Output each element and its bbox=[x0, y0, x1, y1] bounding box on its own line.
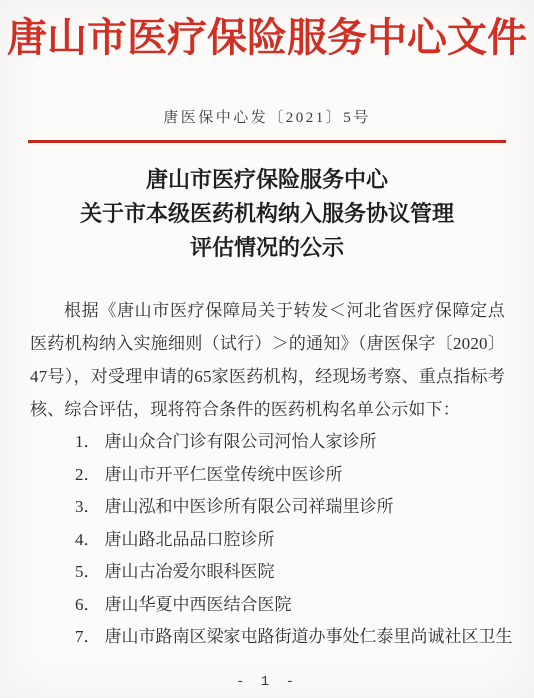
list-item-7-number: 7． bbox=[75, 627, 101, 646]
list-item-2-number: 2． bbox=[75, 465, 101, 484]
document-title-line-2: 关于市本级医药机构纳入服务协议管理 bbox=[20, 197, 514, 231]
list-item-4-name: 唐山路北品品口腔诊所 bbox=[105, 530, 275, 549]
document-header-title: 唐山市医疗保险服务中心文件 bbox=[0, 0, 534, 62]
list-item-3-name: 唐山泓和中医诊所有限公司祥瑞里诊所 bbox=[105, 497, 394, 516]
document-number: 唐医保中心发〔2021〕5号 bbox=[0, 108, 534, 129]
page-number: - 1 - bbox=[0, 674, 534, 690]
institution-list: 1．唐山众合门诊有限公司河怡人家诊所 2．唐山市开平仁医堂传统中医诊所 3．唐山… bbox=[0, 426, 534, 654]
list-item-7: 7．唐山市路南区梁家屯路街道办事处仁泰里尚诚社区卫生 bbox=[75, 621, 534, 654]
list-item-5: 5．唐山古冶爱尔眼科医院 bbox=[75, 556, 534, 589]
list-item-1-name: 唐山众合门诊有限公司河怡人家诊所 bbox=[105, 432, 377, 451]
list-item-6: 6．唐山华夏中西医结合医院 bbox=[75, 589, 534, 622]
list-item-1: 1．唐山众合门诊有限公司河怡人家诊所 bbox=[75, 426, 534, 459]
list-item-4-number: 4． bbox=[75, 530, 101, 549]
list-item-3: 3．唐山泓和中医诊所有限公司祥瑞里诊所 bbox=[75, 491, 534, 524]
red-divider-line bbox=[28, 140, 506, 143]
body-paragraph: 根据《唐山市医疗保障局关于转发＜河北省医疗保障定点医药机构纳入实施细则（试行）＞… bbox=[30, 294, 505, 426]
list-item-5-name: 唐山古冶爱尔眼科医院 bbox=[105, 562, 275, 581]
list-item-5-number: 5． bbox=[75, 562, 101, 581]
document-title-line-1: 唐山市医疗保险服务中心 bbox=[20, 163, 514, 197]
list-item-6-number: 6． bbox=[75, 595, 101, 614]
list-item-1-number: 1． bbox=[75, 432, 101, 451]
list-item-7-name: 唐山市路南区梁家屯路街道办事处仁泰里尚诚社区卫生 bbox=[105, 627, 513, 646]
document-title: 唐山市医疗保险服务中心 关于市本级医药机构纳入服务协议管理 评估情况的公示 bbox=[20, 163, 514, 265]
list-item-6-name: 唐山华夏中西医结合医院 bbox=[105, 595, 292, 614]
document-page: 唐山市医疗保险服务中心文件 唐医保中心发〔2021〕5号 唐山市医疗保险服务中心… bbox=[0, 0, 534, 698]
list-item-3-number: 3． bbox=[75, 497, 101, 516]
list-item-2-name: 唐山市开平仁医堂传统中医诊所 bbox=[105, 465, 343, 484]
list-item-4: 4．唐山路北品品口腔诊所 bbox=[75, 524, 534, 557]
document-title-line-3: 评估情况的公示 bbox=[20, 231, 514, 265]
list-item-2: 2．唐山市开平仁医堂传统中医诊所 bbox=[75, 459, 534, 492]
